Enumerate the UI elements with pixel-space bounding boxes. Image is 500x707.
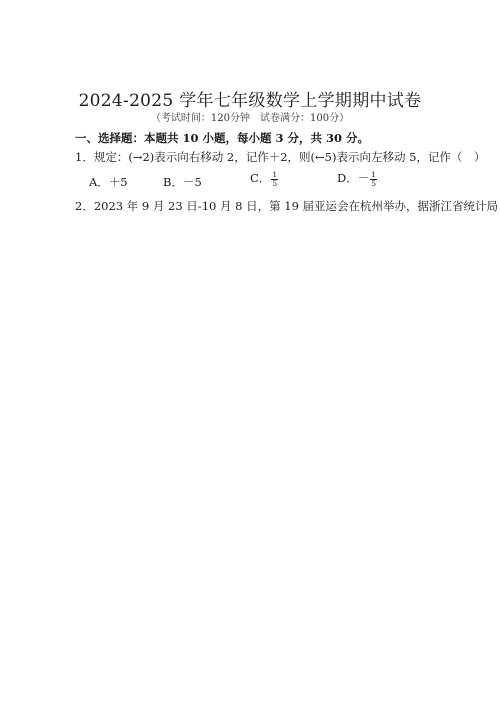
- section-heading: 一、选择题：本题共 10 小题，每小题 3 分，共 30 分。: [75, 130, 369, 146]
- exam-title: 2024-2025 学年七年级数学上学期期中试卷: [0, 86, 500, 111]
- exam-subtitle: （考试时间：120分钟 试卷满分：100分）: [0, 109, 500, 124]
- q1-option-d: D．－15: [337, 170, 378, 188]
- q1-option-a: A．＋5: [89, 174, 128, 190]
- question-2-stem-line1: 2．2023 年 9 月 23 日-10 月 8 日，第 19 届亚运会在杭州举…: [75, 198, 498, 214]
- q1-option-b: B．－5: [163, 174, 202, 190]
- question-1-stem: 1．规定：(→2)表示向右移动 2，记作＋2，则(←5)表示向左移动 5，记作（…: [75, 149, 485, 165]
- q1-option-c: C．15: [250, 170, 279, 188]
